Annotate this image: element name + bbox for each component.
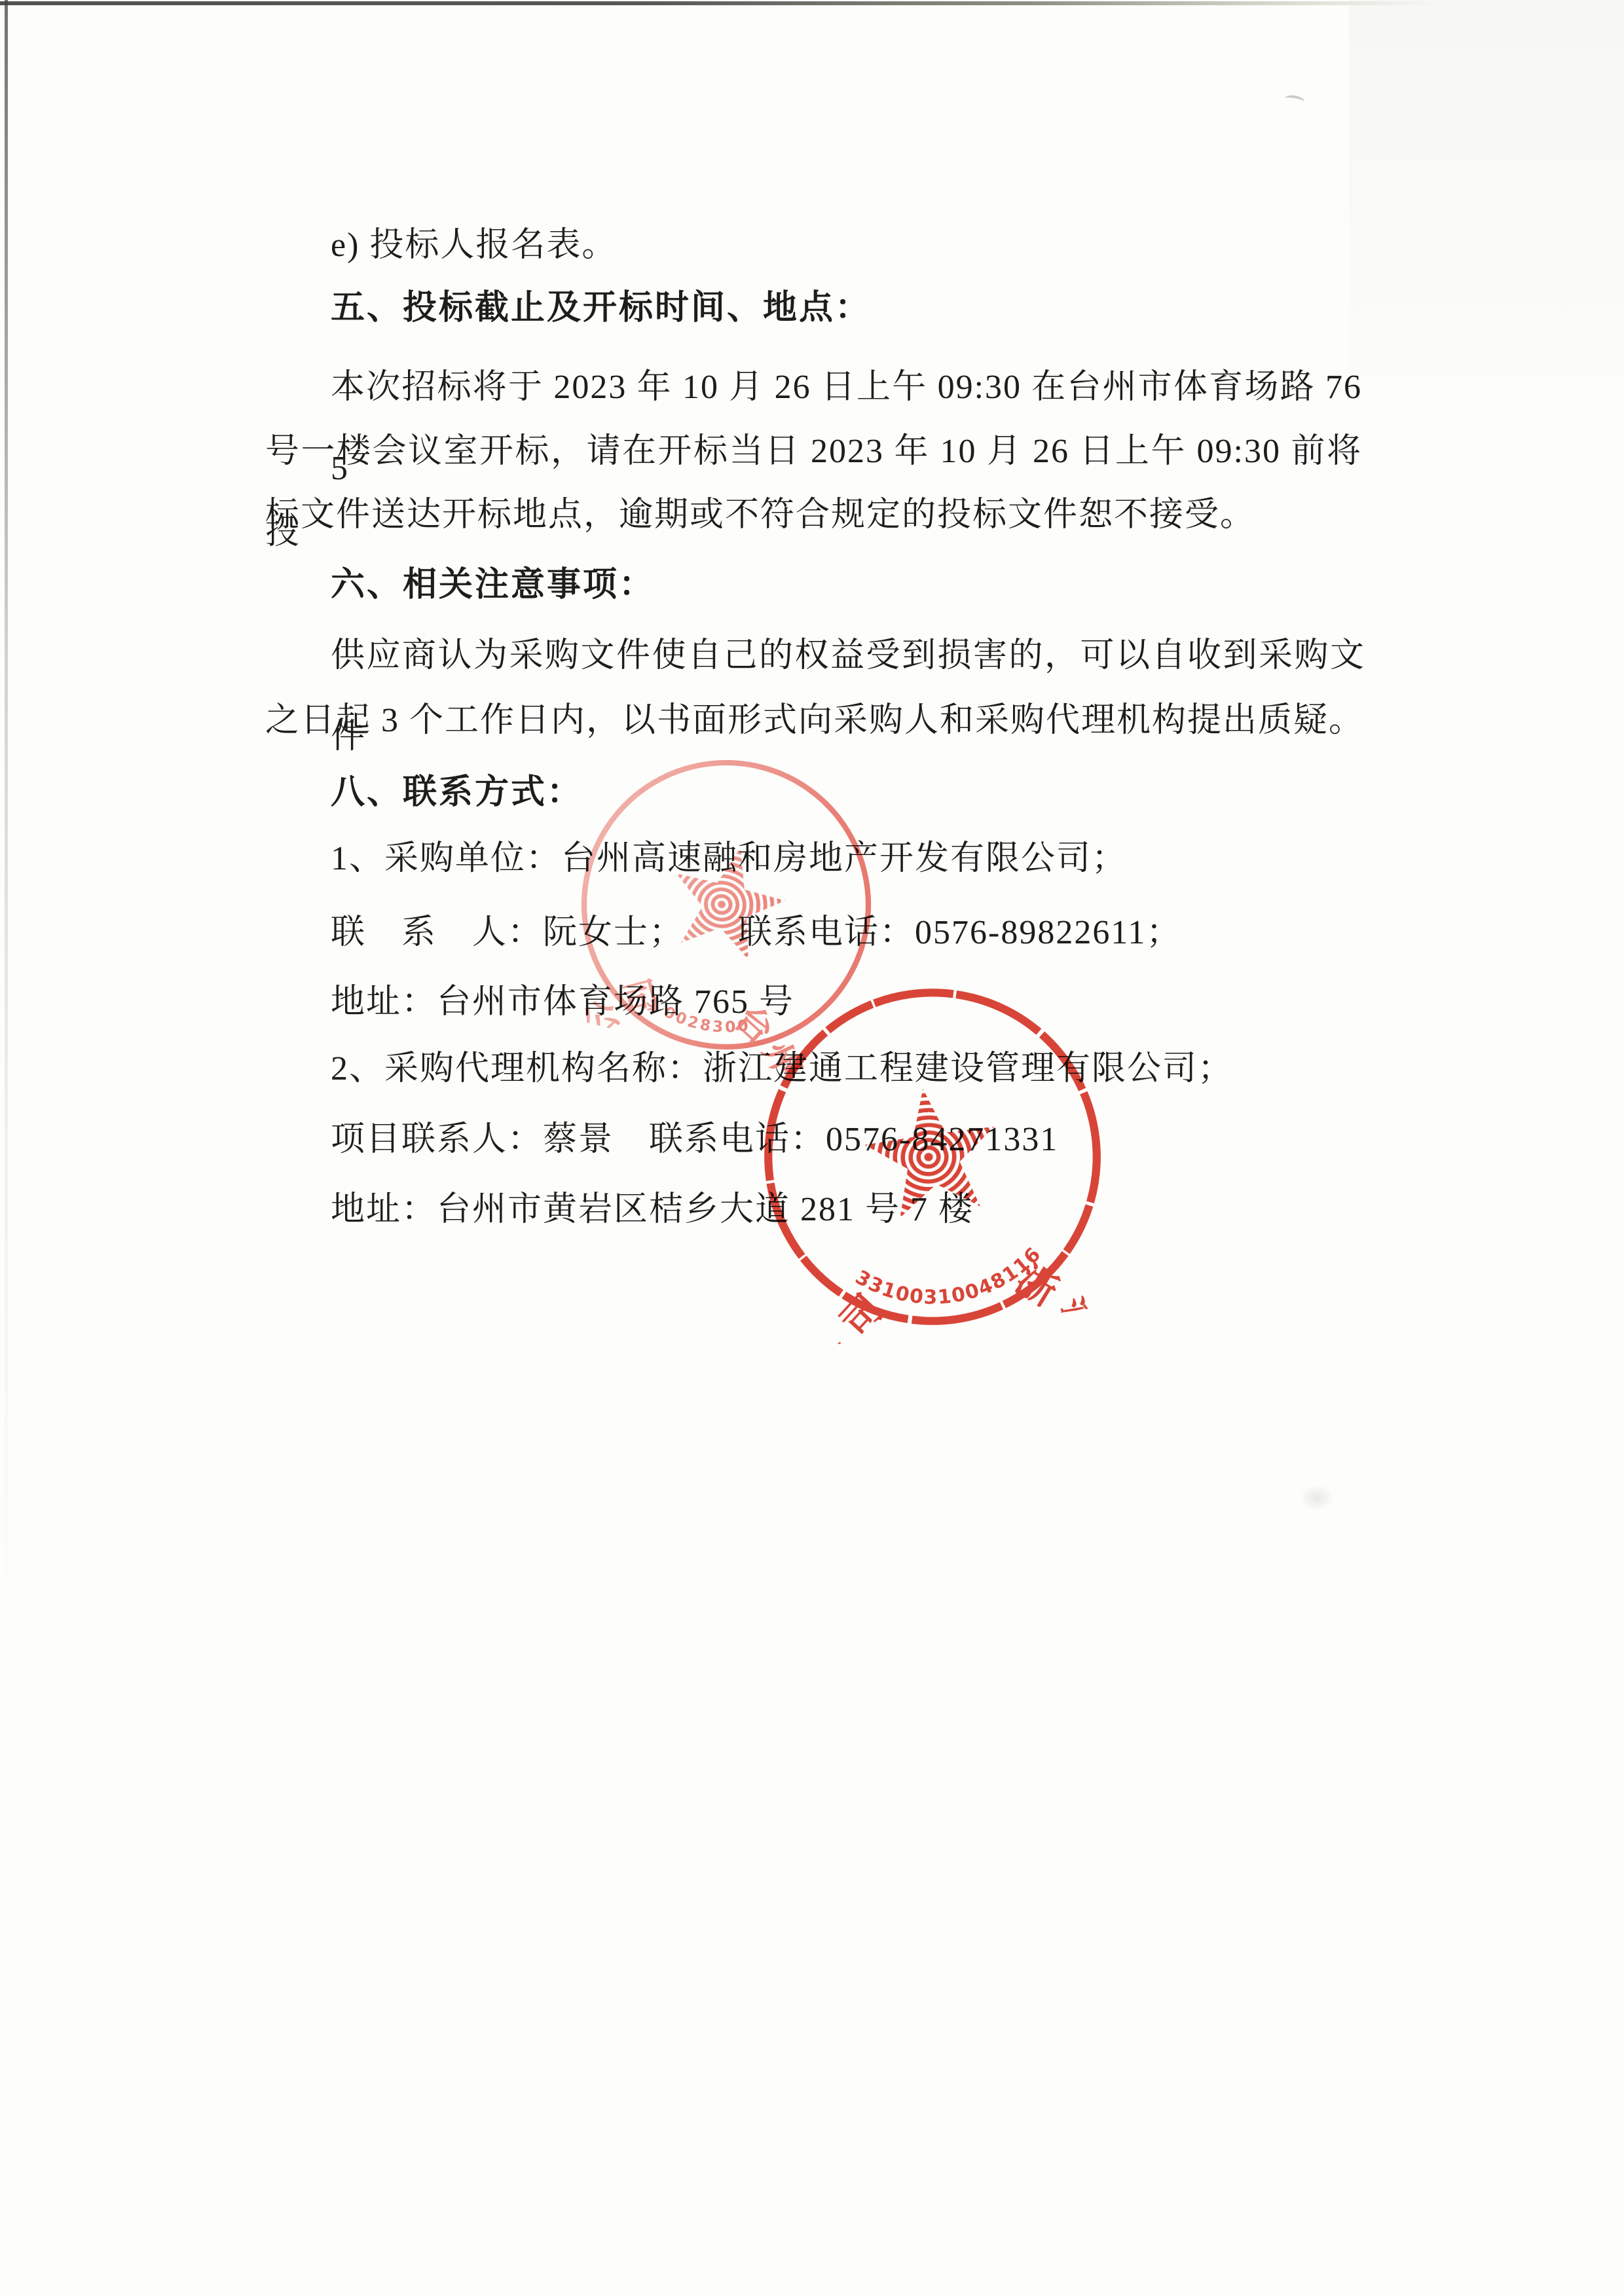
scan-edge-left-line [5, 0, 8, 1637]
contact-agency-name: 2、采购代理机构名称：浙江建通工程建设管理有限公司； [331, 1029, 1233, 1110]
seal-ring-text: 浙江建通工程建设管理有限公司 [787, 1246, 1127, 1351]
scan-smudge-right [1300, 1485, 1334, 1511]
section-heading-6-notes: 六、相关注意事项： [331, 544, 655, 625]
scan-shadow-top-right [1349, 0, 1624, 589]
contact-agency-address: 地址：台州市黄岩区桔乡大道 281 号 7 楼 [331, 1169, 974, 1250]
section-heading-5-bid-deadline: 五、投标截止及开标时间、地点： [331, 267, 871, 348]
contact-agency-person-phone: 项目联系人：蔡景 联系电话：0576-84271331 [331, 1099, 1058, 1180]
seal-serial-number: 33100310048116 [849, 1241, 1051, 1322]
paragraph-query-line2: 之日起 3 个工作日内，以书面形式向采购人和采购代理机构提出质疑。 [265, 680, 1364, 761]
scan-edge-top-line [0, 1, 1437, 5]
contact-purchaser-name: 1、采购单位：台州高速融和房地产开发有限公司； [331, 818, 1127, 900]
scanned-document-page: e) 投标人报名表。 五、投标截止及开标时间、地点： 本次招标将于 2023 年… [0, 0, 1624, 2296]
scan-speck-top-right [1284, 94, 1305, 107]
